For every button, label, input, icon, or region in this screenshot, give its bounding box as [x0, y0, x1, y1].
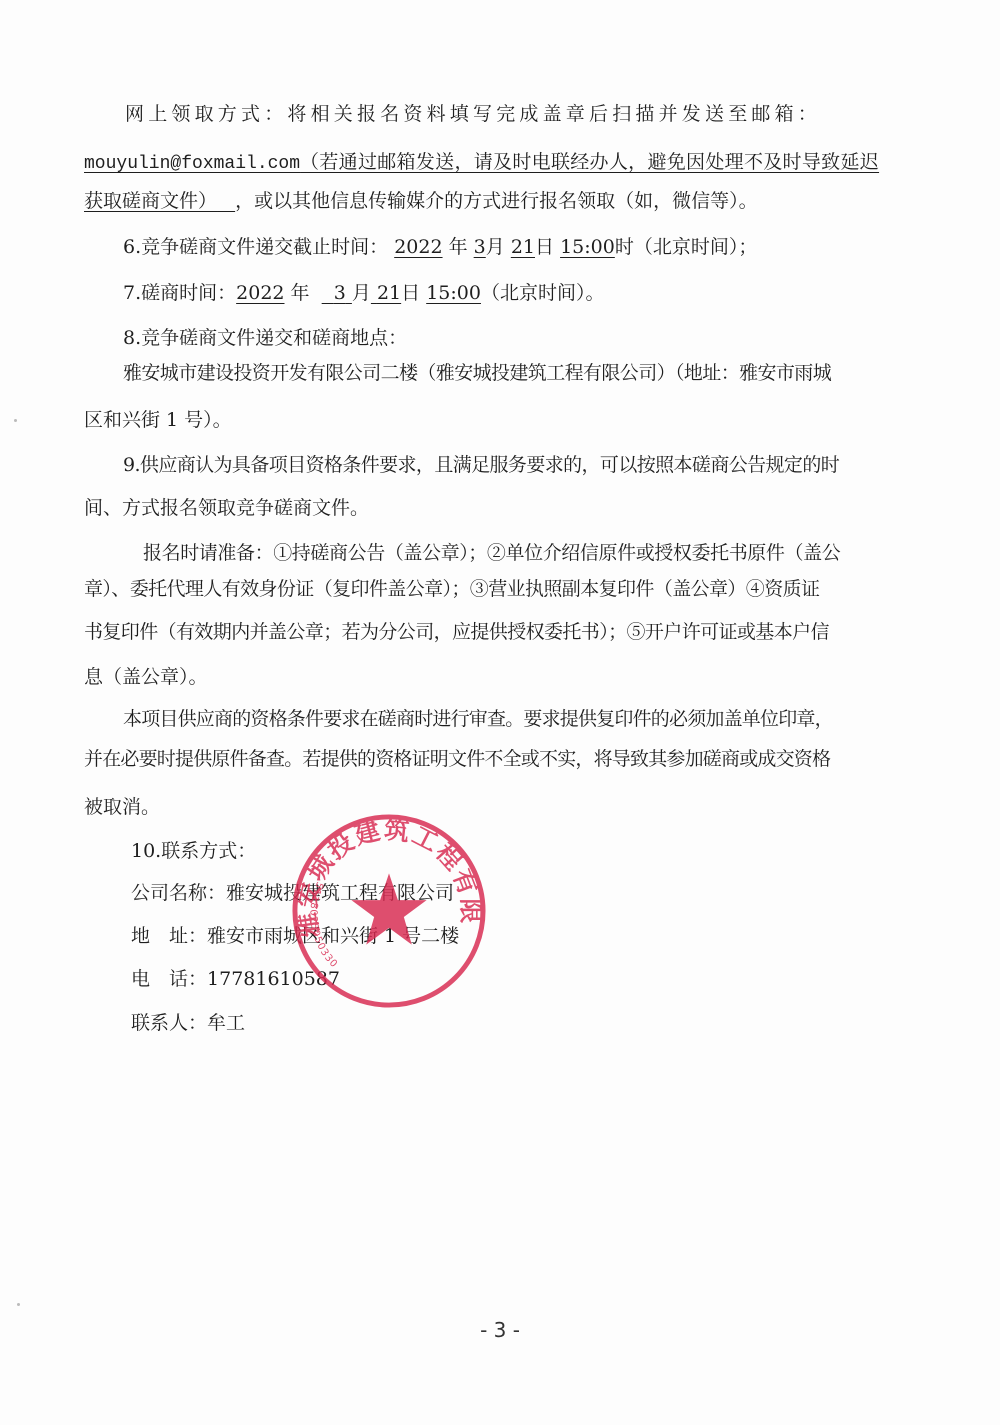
- scan-speck: [17, 1303, 20, 1306]
- item7-year: 2022: [236, 282, 284, 304]
- review-line-1: 本项目供应商的资格条件要求在磋商时进行审查。要求提供复印件的必须加盖单位印章，: [123, 706, 833, 732]
- svg-text:雅安城投建筑工程有限公司: 雅安城投建筑工程有限公司: [290, 812, 485, 939]
- contact-heading: 10.联系方式：: [131, 838, 256, 864]
- online-note-part2: 获取磋商文件）: [84, 190, 217, 212]
- document-page: 网上领取方式：将相关报名资料填写完成盖章后扫描并发送至邮箱： mouyulin@…: [0, 0, 1000, 1425]
- contact-address: 地 址：雅安市雨城区和兴街 1 号二楼: [131, 923, 459, 949]
- item7-time: 15:00: [426, 282, 481, 304]
- item6-label: 6.竞争磋商文件递交截止时间：: [123, 236, 388, 258]
- item6-day-unit: 日: [535, 236, 554, 258]
- item7-day-unit: 日: [401, 282, 420, 304]
- item8-line-1: 雅安城市建设投资开发有限公司二楼（雅安城投建筑工程有限公司）（地址：雅安市雨城: [123, 360, 831, 386]
- scan-speck: [14, 419, 17, 422]
- item7-day: 21: [377, 282, 401, 304]
- online-line-1: 网上领取方式：将相关报名资料填写完成盖章后扫描并发送至邮箱：: [125, 101, 821, 127]
- item6-year: 2022: [394, 236, 442, 258]
- address-value: 雅安市雨城区和兴街 1 号二楼: [207, 925, 459, 947]
- online-line1-rest: 将相关报名资料填写完成盖章后扫描并发送至邮箱：: [287, 103, 821, 125]
- item6-month-unit: 月: [486, 236, 505, 258]
- online-line3-rest: ，或以其他信息传输媒介的方式进行报名领取（如，微信等）。: [235, 190, 758, 212]
- item6-time: 15:00: [560, 236, 615, 258]
- prepare-line-3: 书复印件（有效期内并盖公章；若为分公司，应提供授权委托书）；⑤开户许可证或基本户…: [84, 619, 829, 645]
- item8-line-2: 区和兴街 1 号）。: [84, 407, 232, 433]
- item7-year-unit: 年: [291, 282, 310, 304]
- person-value: 牟工: [207, 1012, 245, 1034]
- phone-label: 电 话：: [131, 968, 207, 990]
- prepare-line-2: 章）、委托代理人有效身份证（复印件盖公章）；③营业执照副本复印件（盖公章）④资质…: [84, 576, 819, 602]
- prepare-line-1: 报名时请准备：①持磋商公告（盖公章）；②单位介绍信原件或授权委托书原件（盖公: [143, 540, 840, 566]
- item6-time-unit: 时: [615, 236, 634, 258]
- review-line-2: 并在必要时提供原件备查。若提供的资格证明文件不全或不实，将导致其参加磋商或成交资…: [84, 746, 830, 772]
- prepare-line-4: 息（盖公章）。: [84, 664, 208, 690]
- item6-suffix: （北京时间）；: [634, 236, 758, 258]
- item6-day: 21: [511, 236, 535, 258]
- item6-year-unit: 年: [449, 236, 468, 258]
- contact-person: 联系人：牟工: [131, 1010, 245, 1036]
- page-number: - 3 -: [0, 1318, 1000, 1342]
- item7-label: 7.磋商时间：: [123, 282, 236, 304]
- contact-company: 公司名称：雅安城投建筑工程有限公司: [131, 880, 454, 906]
- online-line-3: 获取磋商文件） ，或以其他信息传输媒介的方式进行报名领取（如，微信等）。: [84, 188, 758, 214]
- item7-month: 3: [334, 282, 346, 304]
- item7-month-unit: 月: [352, 282, 371, 304]
- person-label: 联系人：: [131, 1012, 207, 1034]
- phone-value: 17781610587: [207, 968, 340, 990]
- item9-line-1: 9.供应商认为具备项目资格条件要求，且满足服务要求的，可以按照本磋商公告规定的时: [123, 452, 839, 478]
- email-link[interactable]: mouyulin@foxmail.com: [84, 154, 300, 174]
- item6-month: 3: [474, 236, 486, 258]
- item9-line-2: 间、方式报名领取竞争磋商文件。: [84, 495, 369, 521]
- company-label: 公司名称：: [131, 882, 226, 904]
- item6-deadline: 6.竞争磋商文件递交截止时间： 2022 年 3月 21日 15:00时（北京时…: [123, 234, 757, 260]
- review-line-3: 被取消。: [84, 794, 160, 820]
- item7-suffix: （北京时间）。: [481, 282, 605, 304]
- contact-phone: 电 话：17781610587: [131, 966, 340, 992]
- item7-consult-time: 7.磋商时间：2022 年 3 月 21日 15:00（北京时间）。: [123, 280, 604, 306]
- online-line-2: mouyulin@foxmail.com（若通过邮箱发送，请及时电联经办人，避免…: [84, 149, 879, 177]
- seal-ring-text: 雅安城投建筑工程有限公司: [290, 812, 485, 939]
- online-label: 网上领取方式：: [125, 103, 287, 125]
- company-name: 雅安城投建筑工程有限公司: [226, 882, 454, 904]
- online-note-part1: （若通过邮箱发送，请及时电联经办人，避免因处理不及时导致延迟: [300, 151, 879, 173]
- item8-heading: 8.竞争磋商文件递交和磋商地点：: [123, 325, 407, 351]
- address-label: 地 址：: [131, 925, 207, 947]
